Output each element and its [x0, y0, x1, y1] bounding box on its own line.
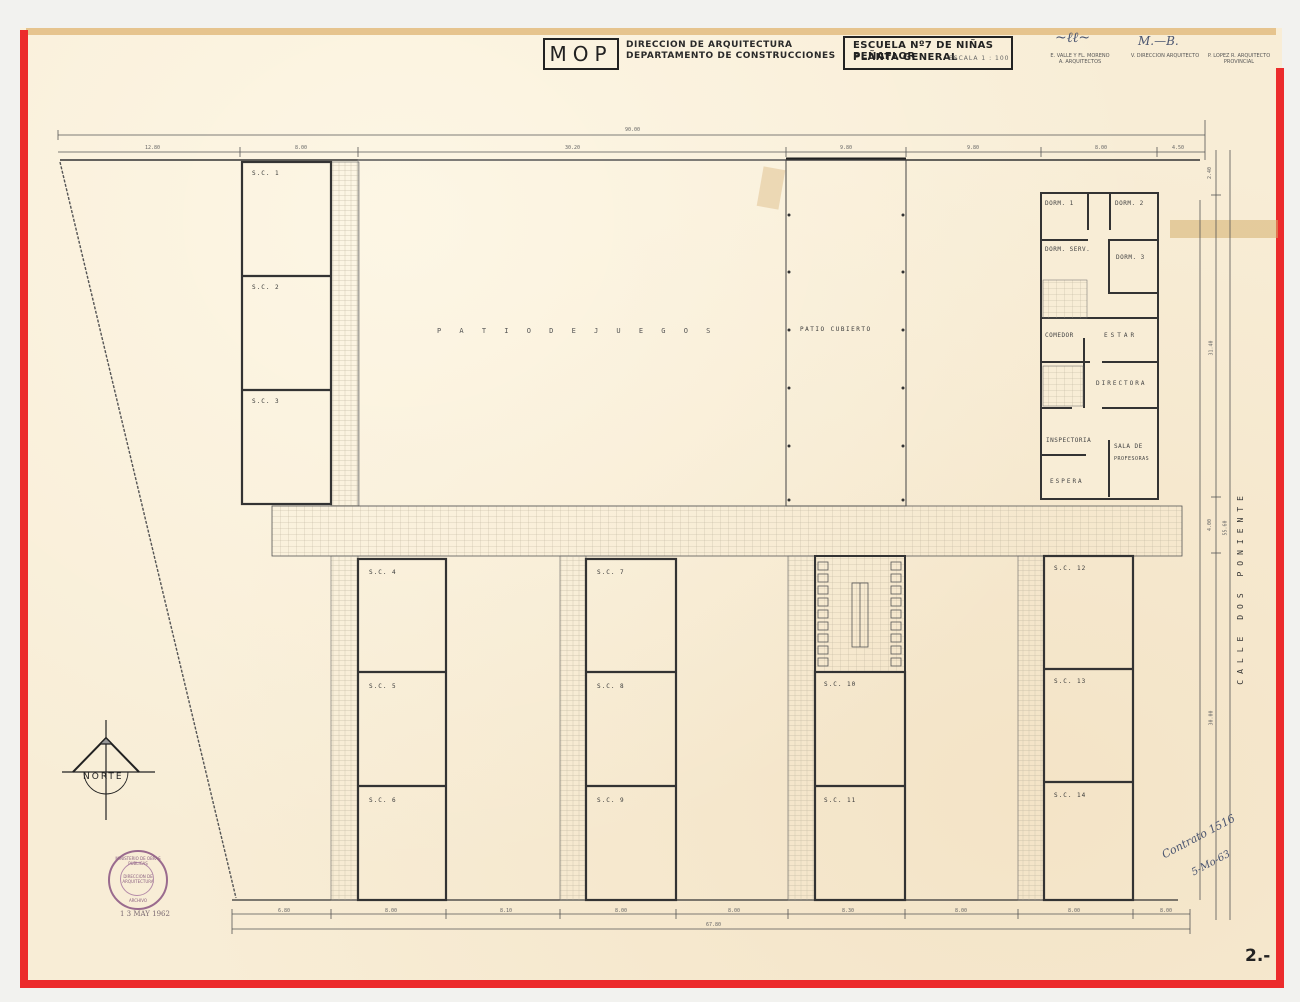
patio-columns — [788, 214, 905, 502]
label-sc-7: S.C. 7 — [597, 569, 625, 576]
label-sc-11: S.C. 11 — [824, 797, 856, 804]
label-sc-5: S.C. 5 — [369, 683, 397, 690]
dim-top-3: 30.20 — [565, 145, 580, 151]
signature-provincial: P. LOPEZ R. ARQUITECTO PROVINCIAL — [1205, 53, 1273, 65]
dim-top-1: 12.80 — [145, 145, 160, 151]
label-comedor: COMEDOR — [1045, 332, 1074, 339]
dim-top-total: 90.00 — [625, 127, 640, 133]
south-wings-walls — [358, 556, 1133, 900]
dim-bottom-4: 8.00 — [615, 908, 627, 914]
dim-bottom-9: 8.00 — [1160, 908, 1172, 914]
dim-right-1: 2.40 — [1207, 167, 1213, 179]
label-dorm-serv: DORM. SERV. — [1045, 246, 1090, 253]
scale: ESCALA 1 : 100 — [949, 55, 1010, 62]
label-dorm-1: DORM. 1 — [1045, 200, 1074, 207]
label-sc-1: S.C. 1 — [252, 170, 280, 177]
signature-direction: V. DIRECCION ARQUITECTO — [1130, 53, 1200, 59]
dim-bottom-3: 8.10 — [500, 908, 512, 914]
dim-bottom-5: 8.00 — [728, 908, 740, 914]
stamp-text-3: ARCHIVO — [110, 898, 166, 903]
signature-architects: E. VALLE Y FL. MORENO A. ARQUITECTOS — [1050, 53, 1110, 65]
dim-top-6: 8.00 — [1095, 145, 1107, 151]
dim-top-5: 9.80 — [967, 145, 979, 151]
label-sc-6: S.C. 6 — [369, 797, 397, 804]
top-dimension-lines — [58, 120, 1205, 160]
label-dorm-3: DORM. 3 — [1116, 254, 1145, 261]
street-label: CALLE DOS PONIENTE — [1236, 490, 1266, 730]
page-number: 2.- — [1245, 946, 1270, 966]
dim-top-2: 8.00 — [295, 145, 307, 151]
signature-scribble-2: M.—B. — [1138, 34, 1179, 48]
direction-line-1: DIRECCION DE ARQUITECTURA — [626, 40, 836, 51]
label-dorm-2: DORM. 2 — [1115, 200, 1144, 207]
direction-text: DIRECCION DE ARQUITECTURA DEPARTAMENTO D… — [626, 40, 836, 62]
dim-right-total: 55.60 — [1223, 520, 1229, 535]
label-sc-4: S.C. 4 — [369, 569, 397, 576]
label-estar: ESTAR — [1104, 332, 1137, 339]
label-sc-9: S.C. 9 — [597, 797, 625, 804]
dim-bottom-2: 8.00 — [385, 908, 397, 914]
label-sc-13: S.C. 13 — [1054, 678, 1086, 685]
north-label: NORTE — [83, 772, 124, 782]
label-sc-14: S.C. 14 — [1054, 792, 1086, 799]
label-sc-2: S.C. 2 — [252, 284, 280, 291]
dim-bottom-total: 67.80 — [706, 922, 721, 928]
stamp-text-1: MINISTERIO DE OBRAS PUBLICAS — [110, 856, 166, 866]
label-patio-juegos: P A T I O D E J U E G O S — [437, 327, 717, 335]
stamp-text-2: DIRECCION DE ARQUITECTURA — [110, 874, 166, 884]
dim-bottom-7: 8.00 — [955, 908, 967, 914]
label-sc-8: S.C. 8 — [597, 683, 625, 690]
label-sc-10: S.C. 10 — [824, 681, 856, 688]
wing-1-walls — [242, 162, 331, 504]
label-espera: ESPERA — [1050, 478, 1084, 485]
sheet-name: PLANTA GENERAL — [853, 52, 958, 63]
street-name: CALLE DOS PONIENTE — [1236, 490, 1245, 685]
stamp-date: 1 3 MAY 1962 — [120, 910, 170, 918]
direction-line-2: DEPARTAMENTO DE CONSTRUCCIONES — [626, 51, 836, 62]
dim-bottom-8: 8.00 — [1068, 908, 1080, 914]
label-inspectoria: INSPECTORIA — [1046, 437, 1091, 444]
label-directora: DIRECTORA — [1096, 380, 1147, 387]
label-sc-3: S.C. 3 — [252, 398, 280, 405]
dim-top-4: 9.80 — [840, 145, 852, 151]
archive-stamp: MINISTERIO DE OBRAS PUBLICAS DIRECCION D… — [108, 850, 168, 910]
project-title-box: ESCUELA Nº7 DE NIÑAS PEÑAFLOR PLANTA GEN… — [843, 36, 1013, 70]
label-patio-cubierto: PATIO CUBIERTO — [800, 326, 872, 333]
dim-top-7: 4.50 — [1172, 145, 1184, 151]
label-sc-12: S.C. 12 — [1054, 565, 1086, 572]
north-arrow — [62, 720, 155, 820]
dim-bottom-6: 8.30 — [842, 908, 854, 914]
label-profesoras: PROFESORAS — [1114, 456, 1149, 462]
agency-logo: MOP — [543, 38, 619, 70]
dim-bottom-1: 6.80 — [278, 908, 290, 914]
dim-right-4: 30.00 — [1209, 710, 1215, 725]
label-sala-de: SALA DE — [1114, 443, 1143, 450]
dim-right-2: 31.40 — [1209, 340, 1215, 355]
dim-right-3: 4.00 — [1207, 519, 1213, 531]
signature-scribble-1: ~ℓℓ~ — [1055, 30, 1090, 47]
